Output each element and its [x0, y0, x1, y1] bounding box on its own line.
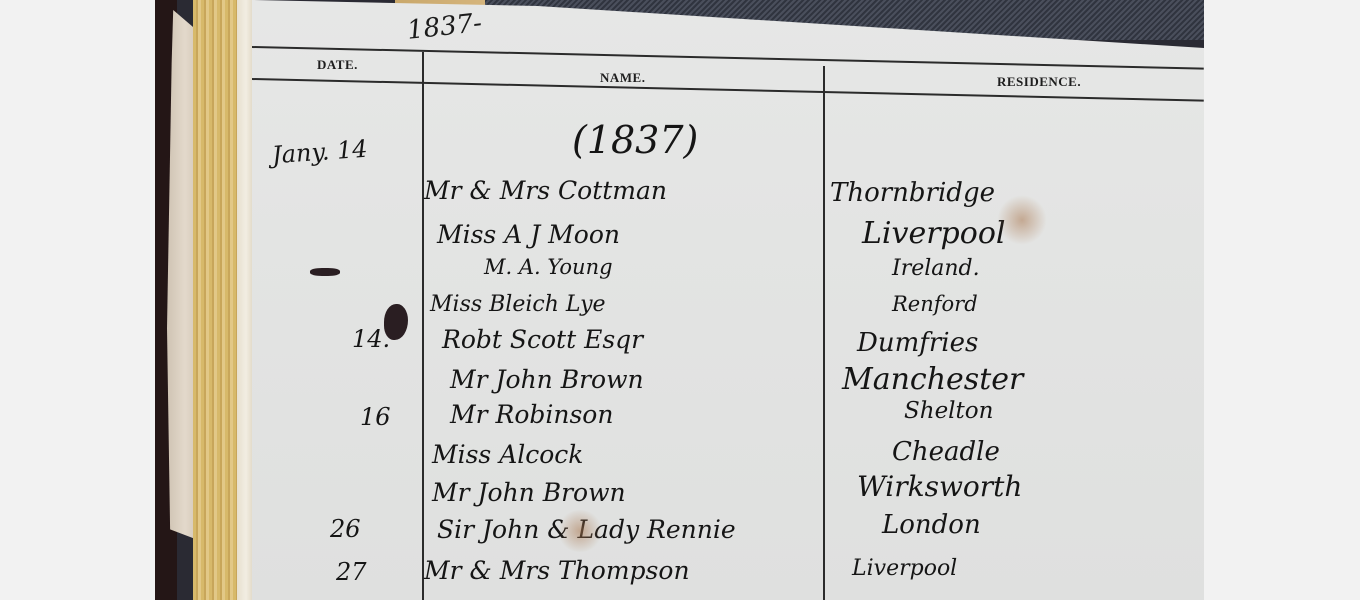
year-heading: 1837- — [406, 8, 484, 46]
column-header-name: NAME. — [600, 70, 645, 86]
entry-residence: Wirksworth — [857, 470, 1022, 503]
ink-spot — [310, 268, 340, 276]
entry-date: 27 — [336, 558, 367, 586]
entry-residence: Shelton — [904, 398, 993, 424]
column-header-residence: RESIDENCE. — [997, 74, 1081, 90]
entry-date: Jany. 14 — [271, 135, 368, 170]
entry-name: Mr & Mrs Cottman — [424, 176, 667, 205]
entry-name: Miss Alcock — [432, 440, 583, 469]
entry-residence: Renford — [892, 292, 978, 316]
entry-name: Miss A J Moon — [437, 220, 620, 249]
entry-name: Robt Scott Esqr — [442, 325, 643, 354]
entry-residence: Ireland. — [892, 256, 980, 281]
entry-residence: Liverpool — [862, 216, 1005, 251]
entry-date: 16 — [360, 403, 391, 431]
register-page: 1837- DATE. NAME. RESIDENCE. (1837) Jany… — [252, 0, 1204, 600]
entry-residence: Cheadle — [892, 437, 1000, 467]
register-photo: 1837- DATE. NAME. RESIDENCE. (1837) Jany… — [155, 0, 1204, 600]
entry-residence: London — [882, 510, 981, 540]
date-name-divider — [422, 52, 424, 600]
entry-residence: Manchester — [842, 362, 1023, 397]
entry-name: M. A. Young — [484, 255, 613, 279]
inline-year-note: (1837) — [572, 118, 698, 162]
entry-residence: Dumfries — [857, 328, 978, 358]
water-stain — [997, 195, 1047, 245]
entry-name: Mr John Brown — [432, 478, 626, 507]
entry-residence: Liverpool — [852, 556, 957, 581]
entry-name: Mr & Mrs Thompson — [424, 556, 690, 585]
entry-name: Mr John Brown — [450, 365, 644, 394]
water-stain — [557, 510, 603, 552]
name-residence-divider — [823, 66, 825, 600]
entry-residence: Thornbridge — [830, 178, 995, 208]
ink-blot — [384, 304, 408, 340]
entry-name: Miss Bleich Lye — [430, 292, 606, 317]
entry-date: 26 — [330, 515, 361, 543]
column-header-date: DATE. — [317, 57, 358, 73]
header-top-rule — [252, 46, 1204, 70]
entry-name: Mr Robinson — [450, 400, 613, 429]
